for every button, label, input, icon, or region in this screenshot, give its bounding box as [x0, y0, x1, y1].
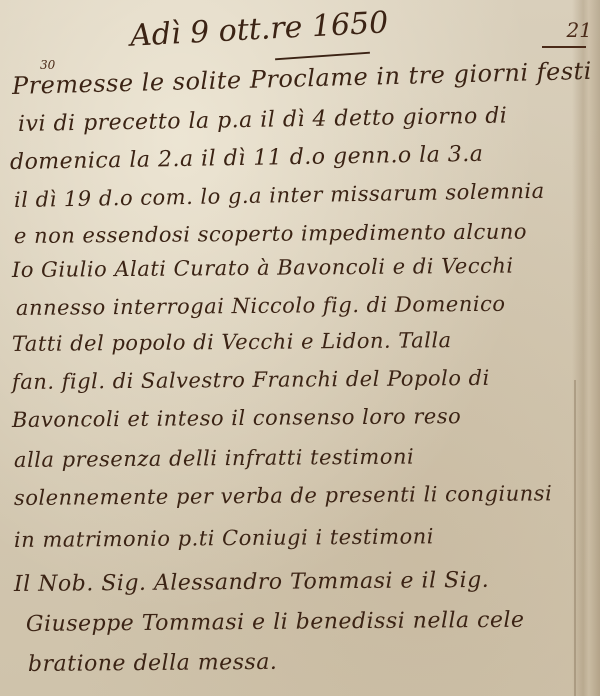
- folio-bracket: [542, 46, 586, 48]
- text-line: ivi di precetto la p.a il dì 4 detto gio…: [18, 103, 508, 137]
- text-line: annesso interrogai Niccolo fig. di Domen…: [16, 292, 506, 320]
- text-line: Tatti del popolo di Vecchi e Lidon. Tall…: [12, 328, 452, 356]
- manuscript-page: Adì 9 ott.re 1650 21 30 Premesse le soli…: [0, 0, 600, 696]
- text-line: alla presenza delli infratti testimoni: [14, 445, 414, 472]
- folio-number: 21: [567, 18, 592, 42]
- text-line: Bavoncoli et inteso il consenso loro res…: [12, 404, 461, 432]
- text-line: Giuseppe Tommasi e li benedissi nella ce…: [26, 608, 525, 637]
- text-line: in matrimonio p.ti Coniugi i testimoni: [14, 524, 434, 552]
- text-line: domenica la 2.a il dì 11 d.o genn.o la 3…: [10, 142, 484, 175]
- text-line: Io Giulio Alati Curato à Bavoncoli e di …: [12, 254, 514, 282]
- text-line: il dì 19 d.o com. lo g.a inter missarum …: [14, 179, 545, 212]
- text-line: e non essendosi scoperto impedimento alc…: [14, 220, 527, 248]
- text-line: fan. figl. di Salvestro Franchi del Popo…: [12, 366, 490, 394]
- text-line: Premesse le solite Proclame in tre giorn…: [12, 57, 593, 100]
- text-line: solennemente per verba de presenti li co…: [14, 481, 552, 510]
- page-fold: [574, 380, 576, 696]
- margin-annotation: 30: [40, 58, 55, 72]
- text-line: bratione della messa.: [28, 650, 278, 677]
- heading-underline: [275, 52, 370, 61]
- date-heading: Adì 9 ott.re 1650: [129, 5, 389, 53]
- text-line: Il Nob. Sig. Alessandro Tommasi e il Sig…: [14, 568, 489, 597]
- page-edge: [572, 0, 600, 696]
